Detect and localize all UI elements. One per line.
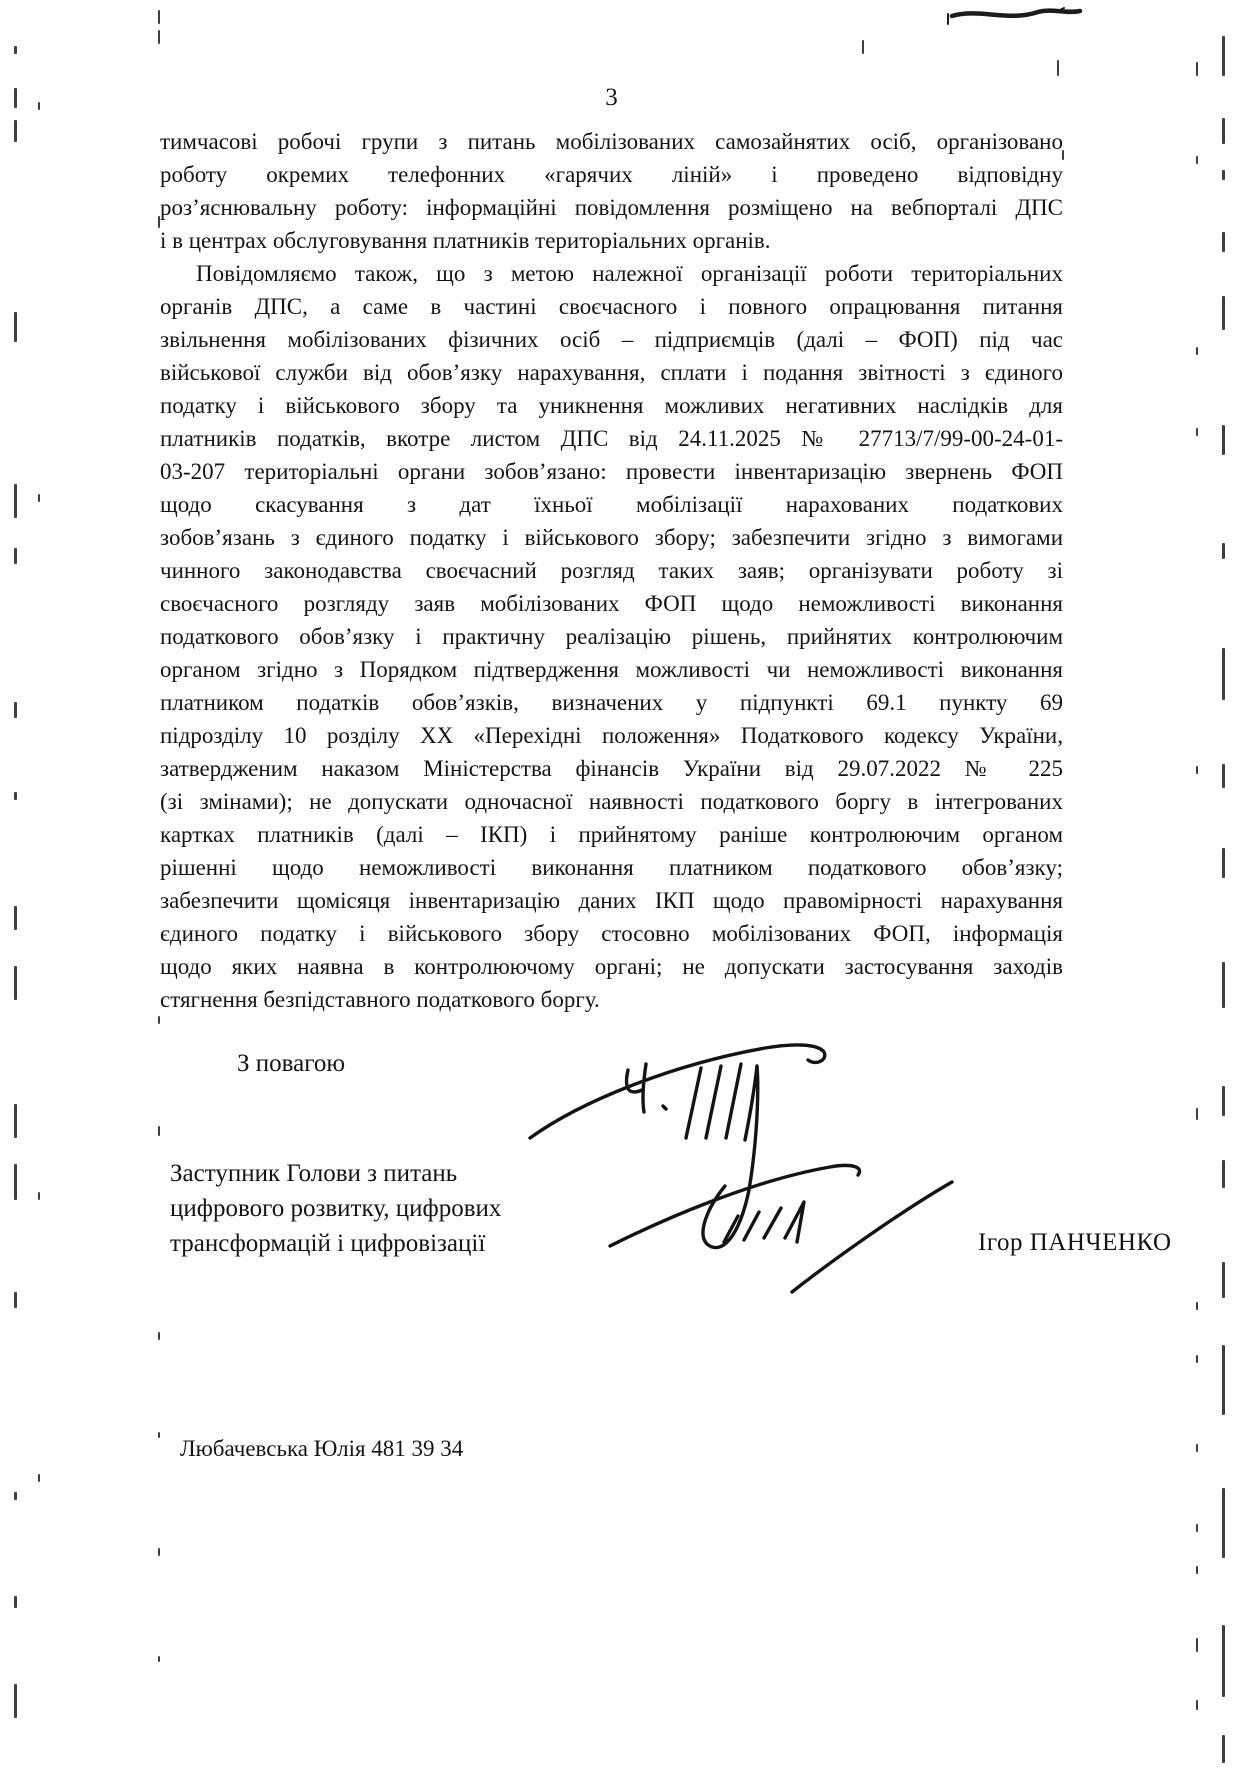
scan-artifact [14,484,17,518]
body-line: органів ДПС, а саме в частині своєчасног… [160,290,1063,323]
body-line: (зі змінами); не допускати одночасної на… [160,785,1063,818]
scan-artifact [1222,1262,1225,1298]
body-line: стягнення безпідставного податкового бор… [160,983,1063,1016]
scan-artifact [1222,648,1225,700]
body-line: 03-207 територіальні органи зобов’язано:… [160,455,1063,488]
body-line: звільнення мобілізованих фізичних осіб –… [160,323,1063,356]
closing-salutation: З повагою [237,1050,345,1078]
paragraph: тимчасові робочі групи з питань мобілізо… [160,125,1063,257]
body-line: Повідомляємо також, що з метою належної … [160,257,1063,290]
scan-artifact [1222,1160,1225,1188]
body-line: картках платників (далі – ІКП) і прийнят… [160,818,1063,851]
scan-artifact [1196,347,1198,355]
body-line: щодо скасування з дат їхньої мобілізації… [160,488,1063,521]
scan-artifact [1057,60,1059,76]
scan-artifact [158,1656,160,1662]
body-line: своєчасного розгляду заяв мобілізованих … [160,587,1063,620]
letter-body: тимчасові робочі групи з питань мобілізо… [160,125,1063,1016]
body-line: і в центрах обслуговування платників тер… [160,224,1063,257]
scan-artifact [14,966,17,1000]
body-line: щодо яких наявна в контролюючому органі;… [160,950,1063,983]
scan-artifact [158,30,160,44]
body-line: зобов’язань з єдиного податку і військов… [160,521,1063,554]
body-line: платників податків, вкотре листом ДПС ві… [160,422,1063,455]
paragraph: Повідомляємо також, що з метою належної … [160,257,1063,1016]
scan-artifact [158,1432,160,1438]
scan-artifact [14,46,17,54]
scan-artifact [158,216,160,228]
scan-artifact [14,312,17,342]
scan-artifact [1222,296,1225,330]
scan-artifact [14,702,17,718]
page-number: 3 [160,84,1063,112]
scan-artifact [1222,962,1225,1008]
scan-artifact [14,906,17,930]
body-line: рішенні щодо неможливості виконання плат… [160,851,1063,884]
scan-artifact [1196,1302,1198,1310]
scan-artifact [1196,156,1198,164]
scan-artifact [38,1474,40,1482]
body-line: чинного законодавства своєчасний розгляд… [160,554,1063,587]
scan-artifact [38,102,40,110]
body-line: забезпечити щомісяця інвентаризацію дани… [160,884,1063,917]
scan-artifact [1196,1444,1198,1452]
scan-artifact [158,1016,160,1024]
scan-artifact [1222,36,1225,76]
scan-artifact [14,1492,17,1500]
scan-artifact [1196,1566,1198,1574]
body-line: роботу окремих телефонних «гарячих ліній… [160,158,1063,191]
signer-name: Ігор ПАНЧЕНКО [978,1229,1172,1257]
scan-artifact [158,1548,160,1556]
scan-artifact [14,1596,17,1608]
scan-artifact [14,792,17,800]
scan-artifact [38,1192,40,1200]
scan-artifact [1222,1345,1225,1415]
scan-artifact [1222,1488,1225,1558]
body-line: затвердженим наказом Міністерства фінанс… [160,752,1063,785]
body-line: роз’яснювальну роботу: інформаційні пові… [160,191,1063,224]
scan-artifact [1196,1355,1198,1363]
scan-artifact [1222,118,1225,144]
scan-artifact [158,10,160,24]
scan-artifact [14,1292,17,1308]
scan-artifact [1196,1524,1198,1532]
scan-artifact [1222,1625,1225,1697]
signature-handwriting [500,1020,970,1310]
scan-artifact [1222,232,1225,252]
scan-artifact [1196,428,1198,436]
scan-artifact [1062,150,1064,160]
scan-artifact [14,88,17,108]
scan-artifact [1222,425,1225,455]
scan-artifact [1222,848,1225,878]
body-line: тимчасові робочі групи з питань мобілізо… [160,125,1063,158]
scan-artifact [1222,170,1225,180]
body-line: податкового обов’язку і практичну реаліз… [160,620,1063,653]
scan-artifact [38,494,40,502]
body-line: військової служби від обов’язку нарахува… [160,356,1063,389]
scan-artifact [1222,764,1225,788]
executor-contact: Любачевська Юлія 481 39 34 [180,1436,463,1462]
scan-artifact [1222,543,1225,559]
scan-artifact [158,1126,160,1136]
scan-artifact [14,548,17,564]
scan-artifact [1196,62,1198,76]
scan-artifact [14,1104,17,1138]
scan-artifact [1196,1638,1198,1652]
body-line: платником податків обов’язків, визначени… [160,686,1063,719]
scan-smudge [940,2,1090,32]
body-line: органом згідно з Порядком підтвердження … [160,653,1063,686]
scan-artifact [1196,1108,1198,1120]
scan-artifact [1222,1086,1225,1116]
scan-artifact [158,1332,160,1340]
scan-artifact [14,120,17,142]
body-line: єдиного податку і військового збору стос… [160,917,1063,950]
scan-artifact [1196,766,1198,774]
scan-artifact [1196,1700,1198,1710]
scan-artifact [1222,1735,1225,1763]
scan-artifact [14,1684,17,1718]
body-line: підрозділу 10 розділу ХХ «Перехідні поло… [160,719,1063,752]
scanned-document-page: 3 тимчасові робочі групи з питань мобілі… [0,0,1240,1768]
scan-artifact [14,1164,17,1200]
body-line: податку і військового збору та уникнення… [160,389,1063,422]
scan-artifact [862,40,864,54]
